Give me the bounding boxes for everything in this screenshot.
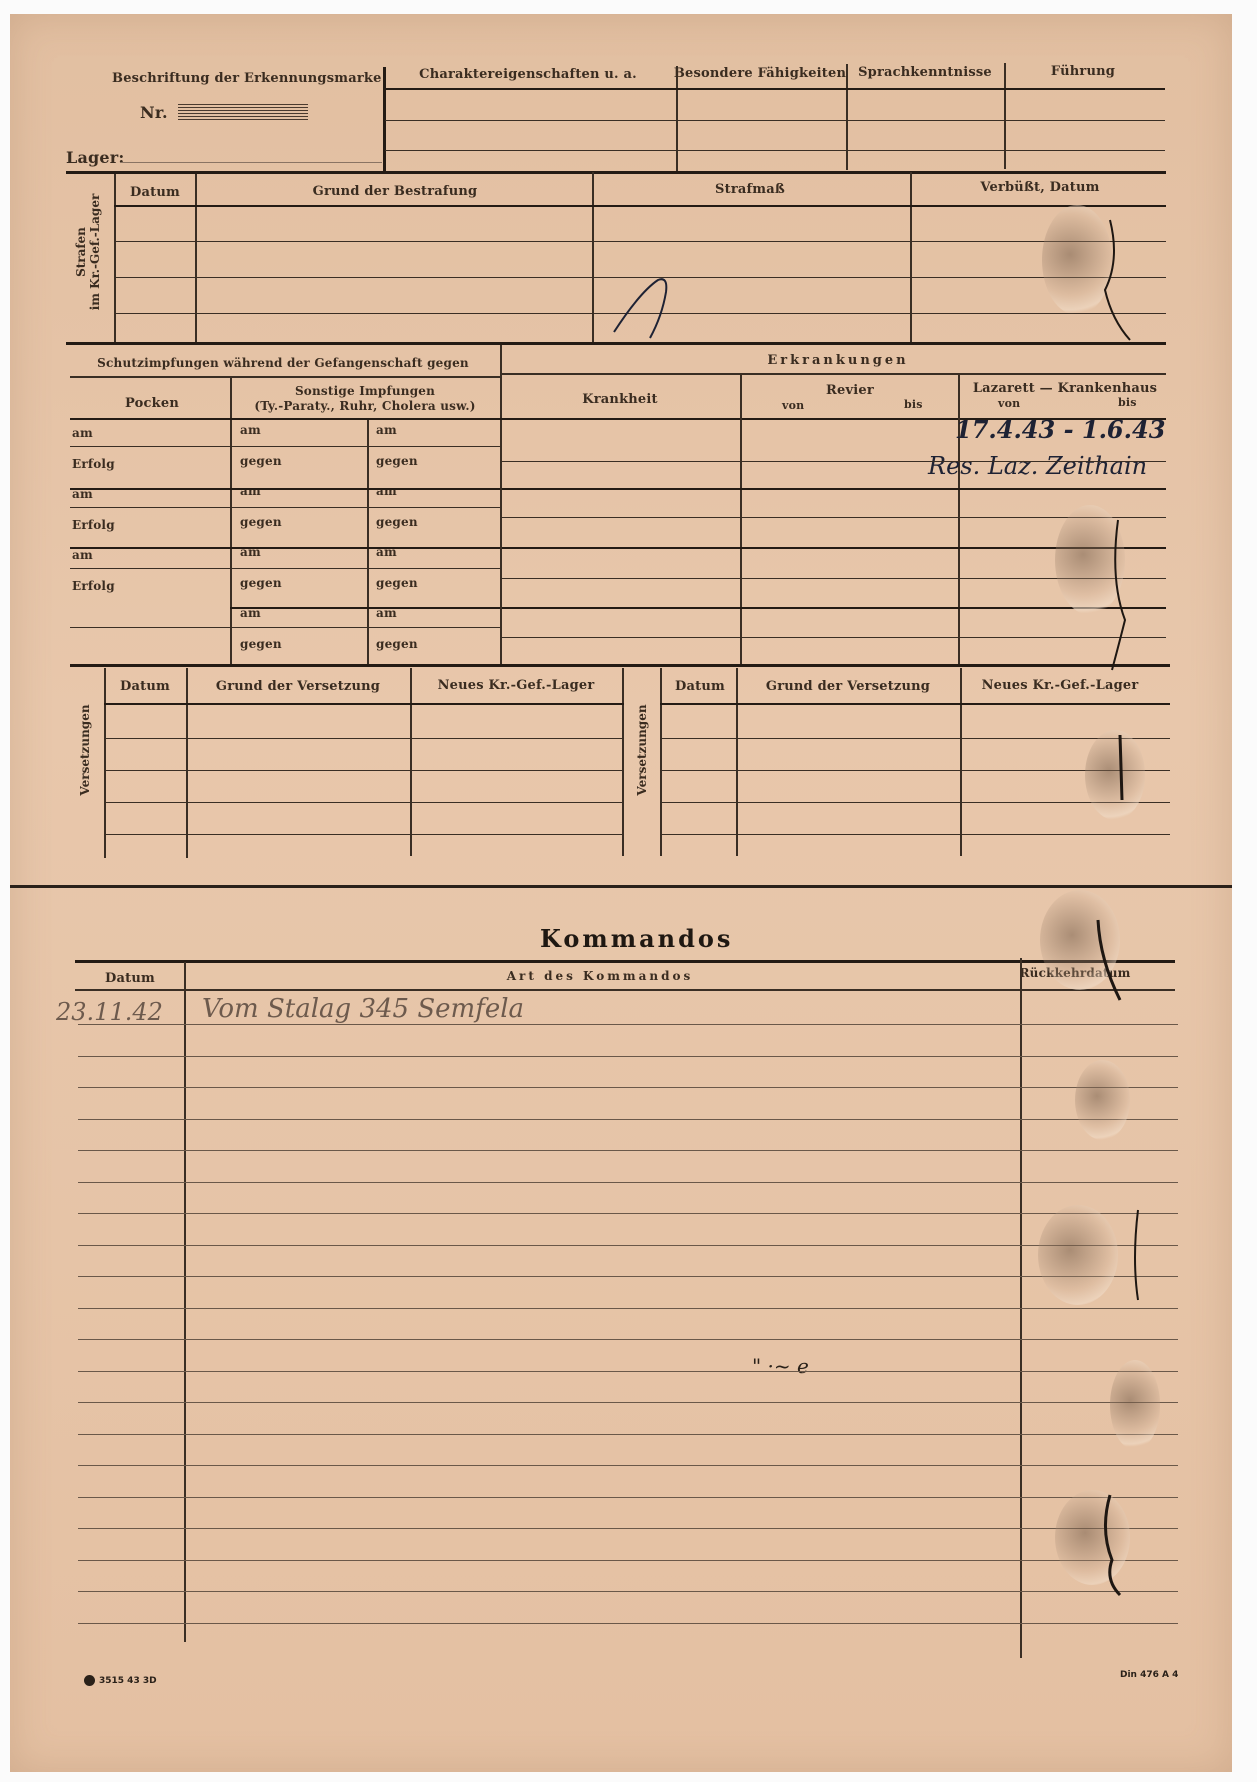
pocken-row-label: Erfolg: [72, 457, 115, 471]
col-charaktereigenschaften: Charaktereigenschaften u. a.: [419, 67, 637, 82]
kommandos-title: Kommandos: [540, 924, 733, 953]
revier-label: Revier: [826, 383, 874, 398]
versetzung-left-col-datum: Datum: [120, 679, 170, 694]
sonstige-row-label: gegen: [240, 637, 282, 651]
kommando-entry-datum: 23.11.42: [56, 998, 163, 1026]
lazarett-von: von: [998, 397, 1020, 410]
tear-marks: [1050, 200, 1170, 1700]
pocken-row-label: am: [72, 426, 93, 440]
versetzung-right-col-grund: Grund der Versetzung: [766, 679, 930, 694]
pocken-label: Pocken: [125, 396, 179, 411]
nr-label: Nr.: [140, 103, 168, 122]
stray-marks: " ·~ e: [752, 1354, 809, 1378]
fold-line: [10, 885, 1232, 888]
erkennungsmarke-label: Beschriftung der Erkennungsmarke: [112, 71, 382, 86]
revier-von: von: [782, 399, 804, 412]
sonstige-row-label: gegen: [240, 515, 282, 529]
kommandos-col-art: Art des Kommandos: [507, 969, 694, 983]
strafen-side-label: Strafen im Kr.-Gef.-Lager: [74, 182, 102, 322]
handwritten-mark: [610, 272, 680, 342]
erkrankungen-header: Erkrankungen: [767, 353, 908, 368]
print-code: 3515 43 3D: [84, 1675, 157, 1686]
form-code: Din 476 A 4: [1120, 1670, 1178, 1680]
printer-mark-icon: [84, 1675, 95, 1686]
col-faehigkeiten: Besondere Fähigkeiten: [674, 66, 846, 81]
krankheit-label: Krankheit: [582, 392, 658, 407]
pocken-row-label: Erfolg: [72, 579, 115, 593]
sonstige-row-label: am: [240, 423, 261, 437]
sonstige-row-label: gegen: [376, 454, 418, 468]
strafen-col-strafmass: Strafmaß: [715, 182, 785, 197]
versetzung-right-col-datum: Datum: [675, 679, 725, 694]
impfungen-header: Schutzimpfungen während der Gefangenscha…: [97, 356, 469, 370]
revier-bis: bis: [904, 398, 923, 411]
sonstige-row-label: gegen: [240, 454, 282, 468]
kommando-entry-art: Vom Stalag 345 Semfela: [202, 994, 524, 1024]
lager-label: Lager:: [66, 148, 125, 167]
nr-field: [178, 104, 308, 122]
strafen-col-grund: Grund der Bestrafung: [313, 184, 478, 199]
sonstige-label-1: Sonstige Impfungen: [295, 384, 435, 398]
sonstige-label-2: (Ty.-Paraty., Ruhr, Cholera usw.): [254, 399, 475, 413]
versetzung-left-col-lager: Neues Kr.-Gef.-Lager: [438, 678, 595, 693]
pocken-row-label: Erfolg: [72, 518, 115, 532]
strafen-col-datum: Datum: [130, 185, 180, 200]
kommandos-col-datum: Datum: [105, 971, 155, 986]
sonstige-row-label: gegen: [376, 515, 418, 529]
col-sprachkenntnisse: Sprachkenntnisse: [858, 65, 992, 80]
sonstige-row-label: am: [376, 484, 397, 498]
sonstige-row-label: am: [240, 484, 261, 498]
sonstige-row-label: gegen: [376, 576, 418, 590]
sonstige-row-label: gegen: [376, 637, 418, 651]
col-fuehrung: Führung: [1051, 64, 1115, 79]
versetzungen-side-label-left: Versetzungen: [78, 685, 92, 815]
sonstige-row-label: am: [376, 423, 397, 437]
sonstige-row-label: gegen: [240, 576, 282, 590]
pocken-row-label: am: [72, 548, 93, 562]
strafen-col-verbuesst: Verbüßt, Datum: [980, 180, 1099, 195]
versetzungen-side-label-right: Versetzungen: [635, 685, 649, 815]
versetzung-left-col-grund: Grund der Versetzung: [216, 679, 380, 694]
